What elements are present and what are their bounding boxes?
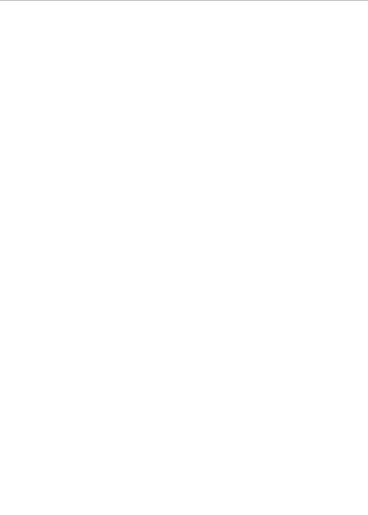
scanned-page (0, 0, 368, 505)
notice-item-1 (64, 78, 344, 101)
notice-item-3 (64, 148, 344, 171)
page-top-edge (0, 0, 368, 1)
notice-item-2 (64, 122, 344, 134)
notice-item-4-body (64, 194, 344, 217)
notice-item-5 (64, 238, 344, 261)
